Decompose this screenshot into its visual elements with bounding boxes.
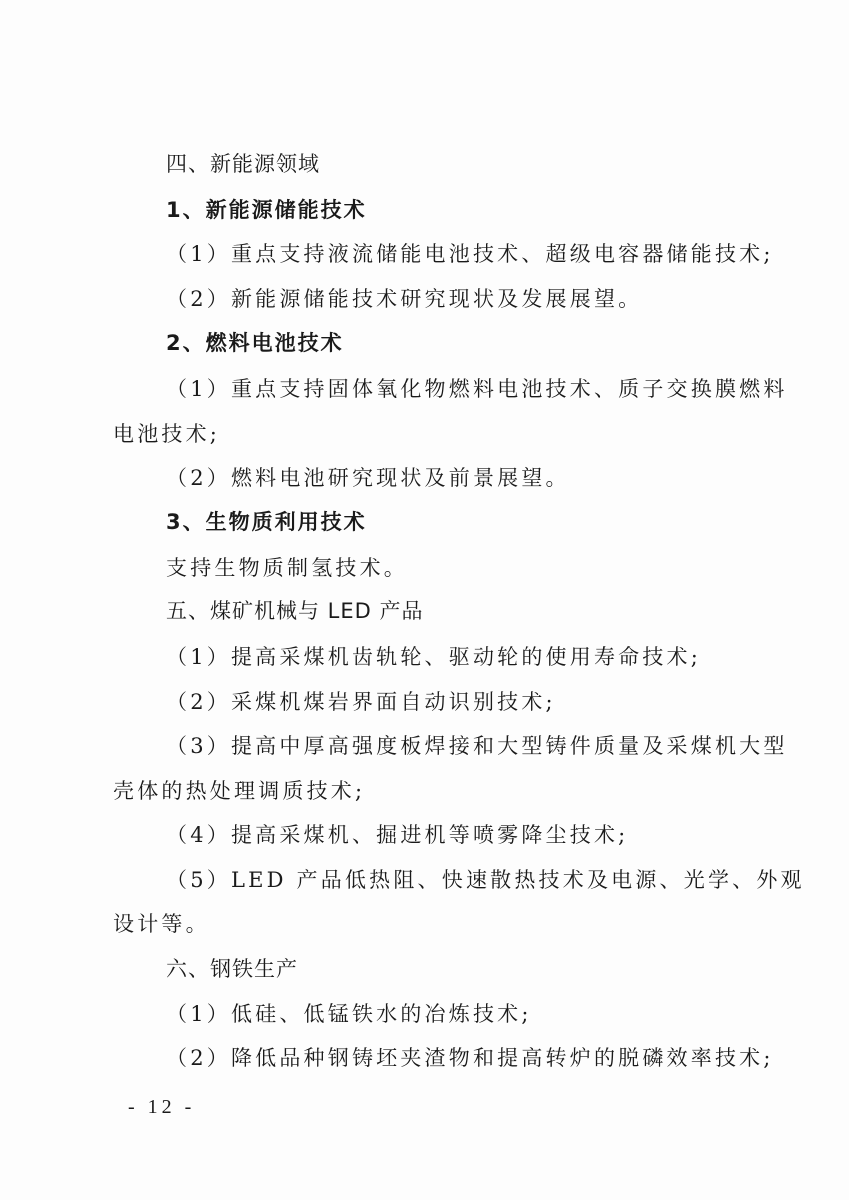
paragraph-continuation: 壳体的热处理调质技术; bbox=[113, 777, 365, 805]
paragraph: 支持生物质制氢技术。 bbox=[166, 554, 408, 582]
paragraph: （1）重点支持固体氧化物燃料电池技术、质子交换膜燃料 bbox=[166, 375, 788, 403]
section-heading-new-energy: 四、新能源领域 bbox=[166, 150, 320, 178]
section-heading-coal-led: 五、煤矿机械与 LED 产品 bbox=[166, 597, 424, 625]
paragraph: （2）采煤机煤岩界面自动识别技术; bbox=[166, 688, 556, 716]
paragraph-continuation: 电池技术; bbox=[113, 420, 220, 448]
subheading-fuel-cell: 2、燃料电池技术 bbox=[166, 329, 344, 357]
paragraph: （2）降低品种钢铸坯夹渣物和提高转炉的脱磷效率技术; bbox=[166, 1044, 774, 1072]
paragraph: （2）燃料电池研究现状及前景展望。 bbox=[166, 464, 570, 492]
subheading-energy-storage: 1、新能源储能技术 bbox=[166, 196, 367, 224]
paragraph: （1）重点支持液流储能电池技术、超级电容器储能技术; bbox=[166, 240, 774, 268]
paragraph: （3）提高中厚高强度板焊接和大型铸件质量及采煤机大型 bbox=[166, 732, 788, 760]
paragraph: （2）新能源储能技术研究现状及发展展望。 bbox=[166, 285, 642, 313]
paragraph: （4）提高采煤机、掘进机等喷雾降尘技术; bbox=[166, 821, 628, 849]
subheading-biomass: 3、生物质利用技术 bbox=[166, 508, 367, 536]
paragraph: （1）提高采煤机齿轨轮、驱动轮的使用寿命技术; bbox=[166, 643, 701, 671]
paragraph: （5）LED 产品低热阻、快速散热技术及电源、光学、外观 bbox=[166, 866, 805, 894]
paragraph-continuation: 设计等。 bbox=[113, 910, 210, 938]
page-number: - 12 - bbox=[128, 1096, 195, 1119]
section-heading-steel: 六、钢铁生产 bbox=[166, 955, 298, 983]
paragraph: （1）低硅、低锰铁水的冶炼技术; bbox=[166, 1000, 532, 1028]
